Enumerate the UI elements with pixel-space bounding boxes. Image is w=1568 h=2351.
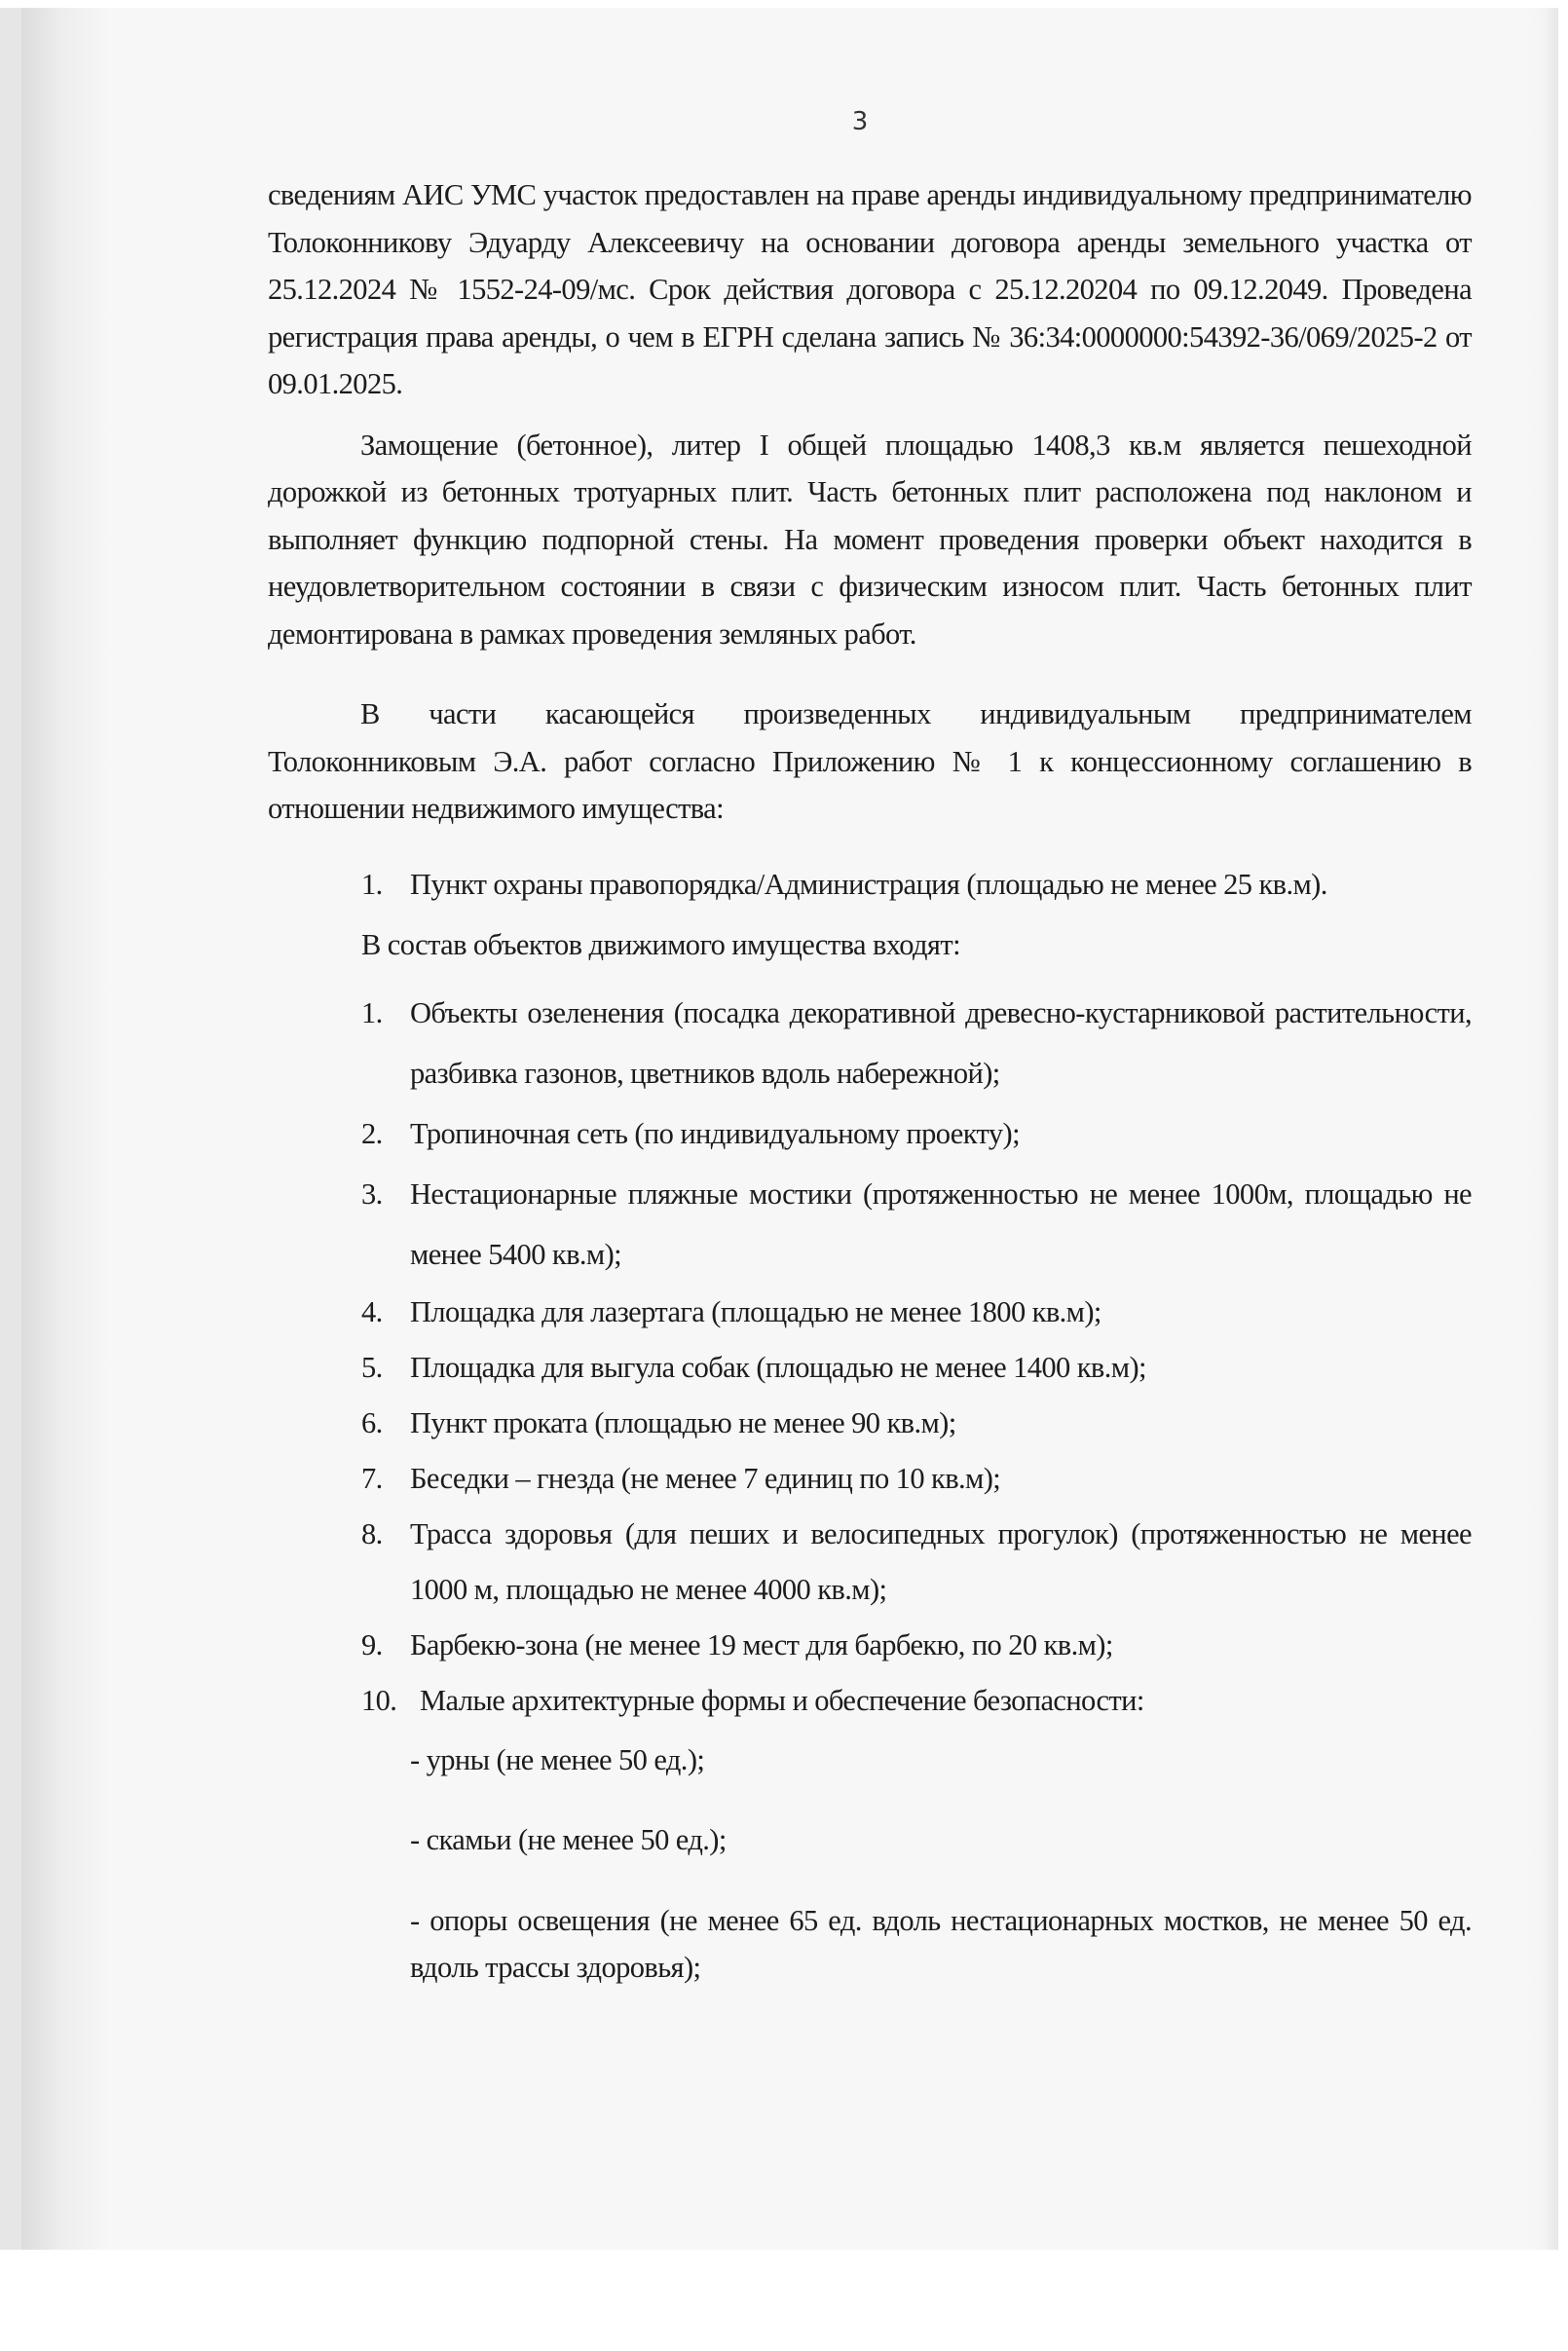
list-text: Барбекю-зона (не менее 19 мест для барбе…	[410, 1628, 1113, 1661]
list-item: 2. Тропиночная сеть (по индивидуальному …	[268, 1103, 1472, 1164]
list-text: Тропиночная сеть (по индивидуальному про…	[410, 1117, 1020, 1150]
list-number: 1.	[361, 983, 383, 1043]
list-number: 10.	[361, 1673, 396, 1729]
list-text: Площадка для выгула собак (площадью не м…	[410, 1351, 1146, 1384]
list-number: 4.	[361, 1285, 383, 1340]
list-number: 1.	[361, 854, 383, 914]
list-number: 7.	[361, 1451, 383, 1507]
list-item: 8. Трасса здоровья (для пеших и велосипе…	[268, 1507, 1472, 1618]
list-text: Трасса здоровья (для пеших и велосипедны…	[410, 1517, 1472, 1606]
list-text: Малые архитектурные формы и обеспечение …	[420, 1684, 1144, 1717]
sub-item-bins: - урны (не менее 50 ед.);	[268, 1736, 1472, 1784]
list-text: Площадка для лазертага (площадью не мене…	[410, 1295, 1101, 1328]
list-text: Объекты озеленения (посадка декоративной…	[410, 996, 1472, 1090]
document-body: сведениям АИС УМС участок предоставлен н…	[268, 171, 1472, 1992]
sub-item-benches: - скамьи (не менее 50 ед.);	[268, 1816, 1472, 1864]
list-item: 1. Пункт охраны правопорядка/Администрац…	[268, 854, 1472, 914]
list-item: 4. Площадка для лазертага (площадью не м…	[268, 1285, 1472, 1340]
paragraph-works-intro: В части касающейся произведенных индивид…	[268, 690, 1472, 833]
movable-property-list: 1. Объекты озеленения (посадка декоратив…	[268, 983, 1472, 1729]
list-text: Беседки – гнезда (не менее 7 единиц по 1…	[410, 1462, 1000, 1495]
list-number: 3.	[361, 1164, 383, 1224]
paragraph-lease: сведениям АИС УМС участок предоставлен н…	[268, 171, 1472, 408]
list-item: 1. Объекты озеленения (посадка декоратив…	[268, 983, 1472, 1103]
list-number: 6.	[361, 1396, 383, 1451]
paragraph-paving: Замощение (бетонное), литер I общей площ…	[268, 422, 1472, 658]
list-number: 8.	[361, 1507, 383, 1562]
list-item: 10. Малые архитектурные формы и обеспече…	[268, 1673, 1472, 1729]
list-text: Пункт охраны правопорядка/Администрация …	[410, 868, 1327, 901]
list-item: 6. Пункт проката (площадью не менее 90 к…	[268, 1396, 1472, 1451]
immovable-property-list: 1. Пункт охраны правопорядка/Администрац…	[268, 854, 1472, 914]
list-item: 5. Площадка для выгула собак (площадью н…	[268, 1340, 1472, 1396]
list-number: 2.	[361, 1103, 383, 1164]
list-text: Нестационарные пляжные мостики (протяжен…	[410, 1177, 1472, 1271]
list-item: 7. Беседки – гнезда (не менее 7 единиц п…	[268, 1451, 1472, 1507]
movable-property-heading: В состав объектов движимого имущества вх…	[268, 914, 1472, 975]
list-item: 3. Нестационарные пляжные мостики (протя…	[268, 1164, 1472, 1285]
list-number: 9.	[361, 1618, 383, 1673]
list-text: Пункт проката (площадью не менее 90 кв.м…	[410, 1406, 956, 1439]
list-item: 9. Барбекю-зона (не менее 19 мест для ба…	[268, 1618, 1472, 1673]
list-number: 5.	[361, 1340, 383, 1396]
page-number: 3	[0, 107, 1568, 136]
scan-left-edge	[0, 8, 21, 2250]
sub-item-lighting: - опоры освещения (не менее 65 ед. вдоль…	[268, 1897, 1472, 1992]
